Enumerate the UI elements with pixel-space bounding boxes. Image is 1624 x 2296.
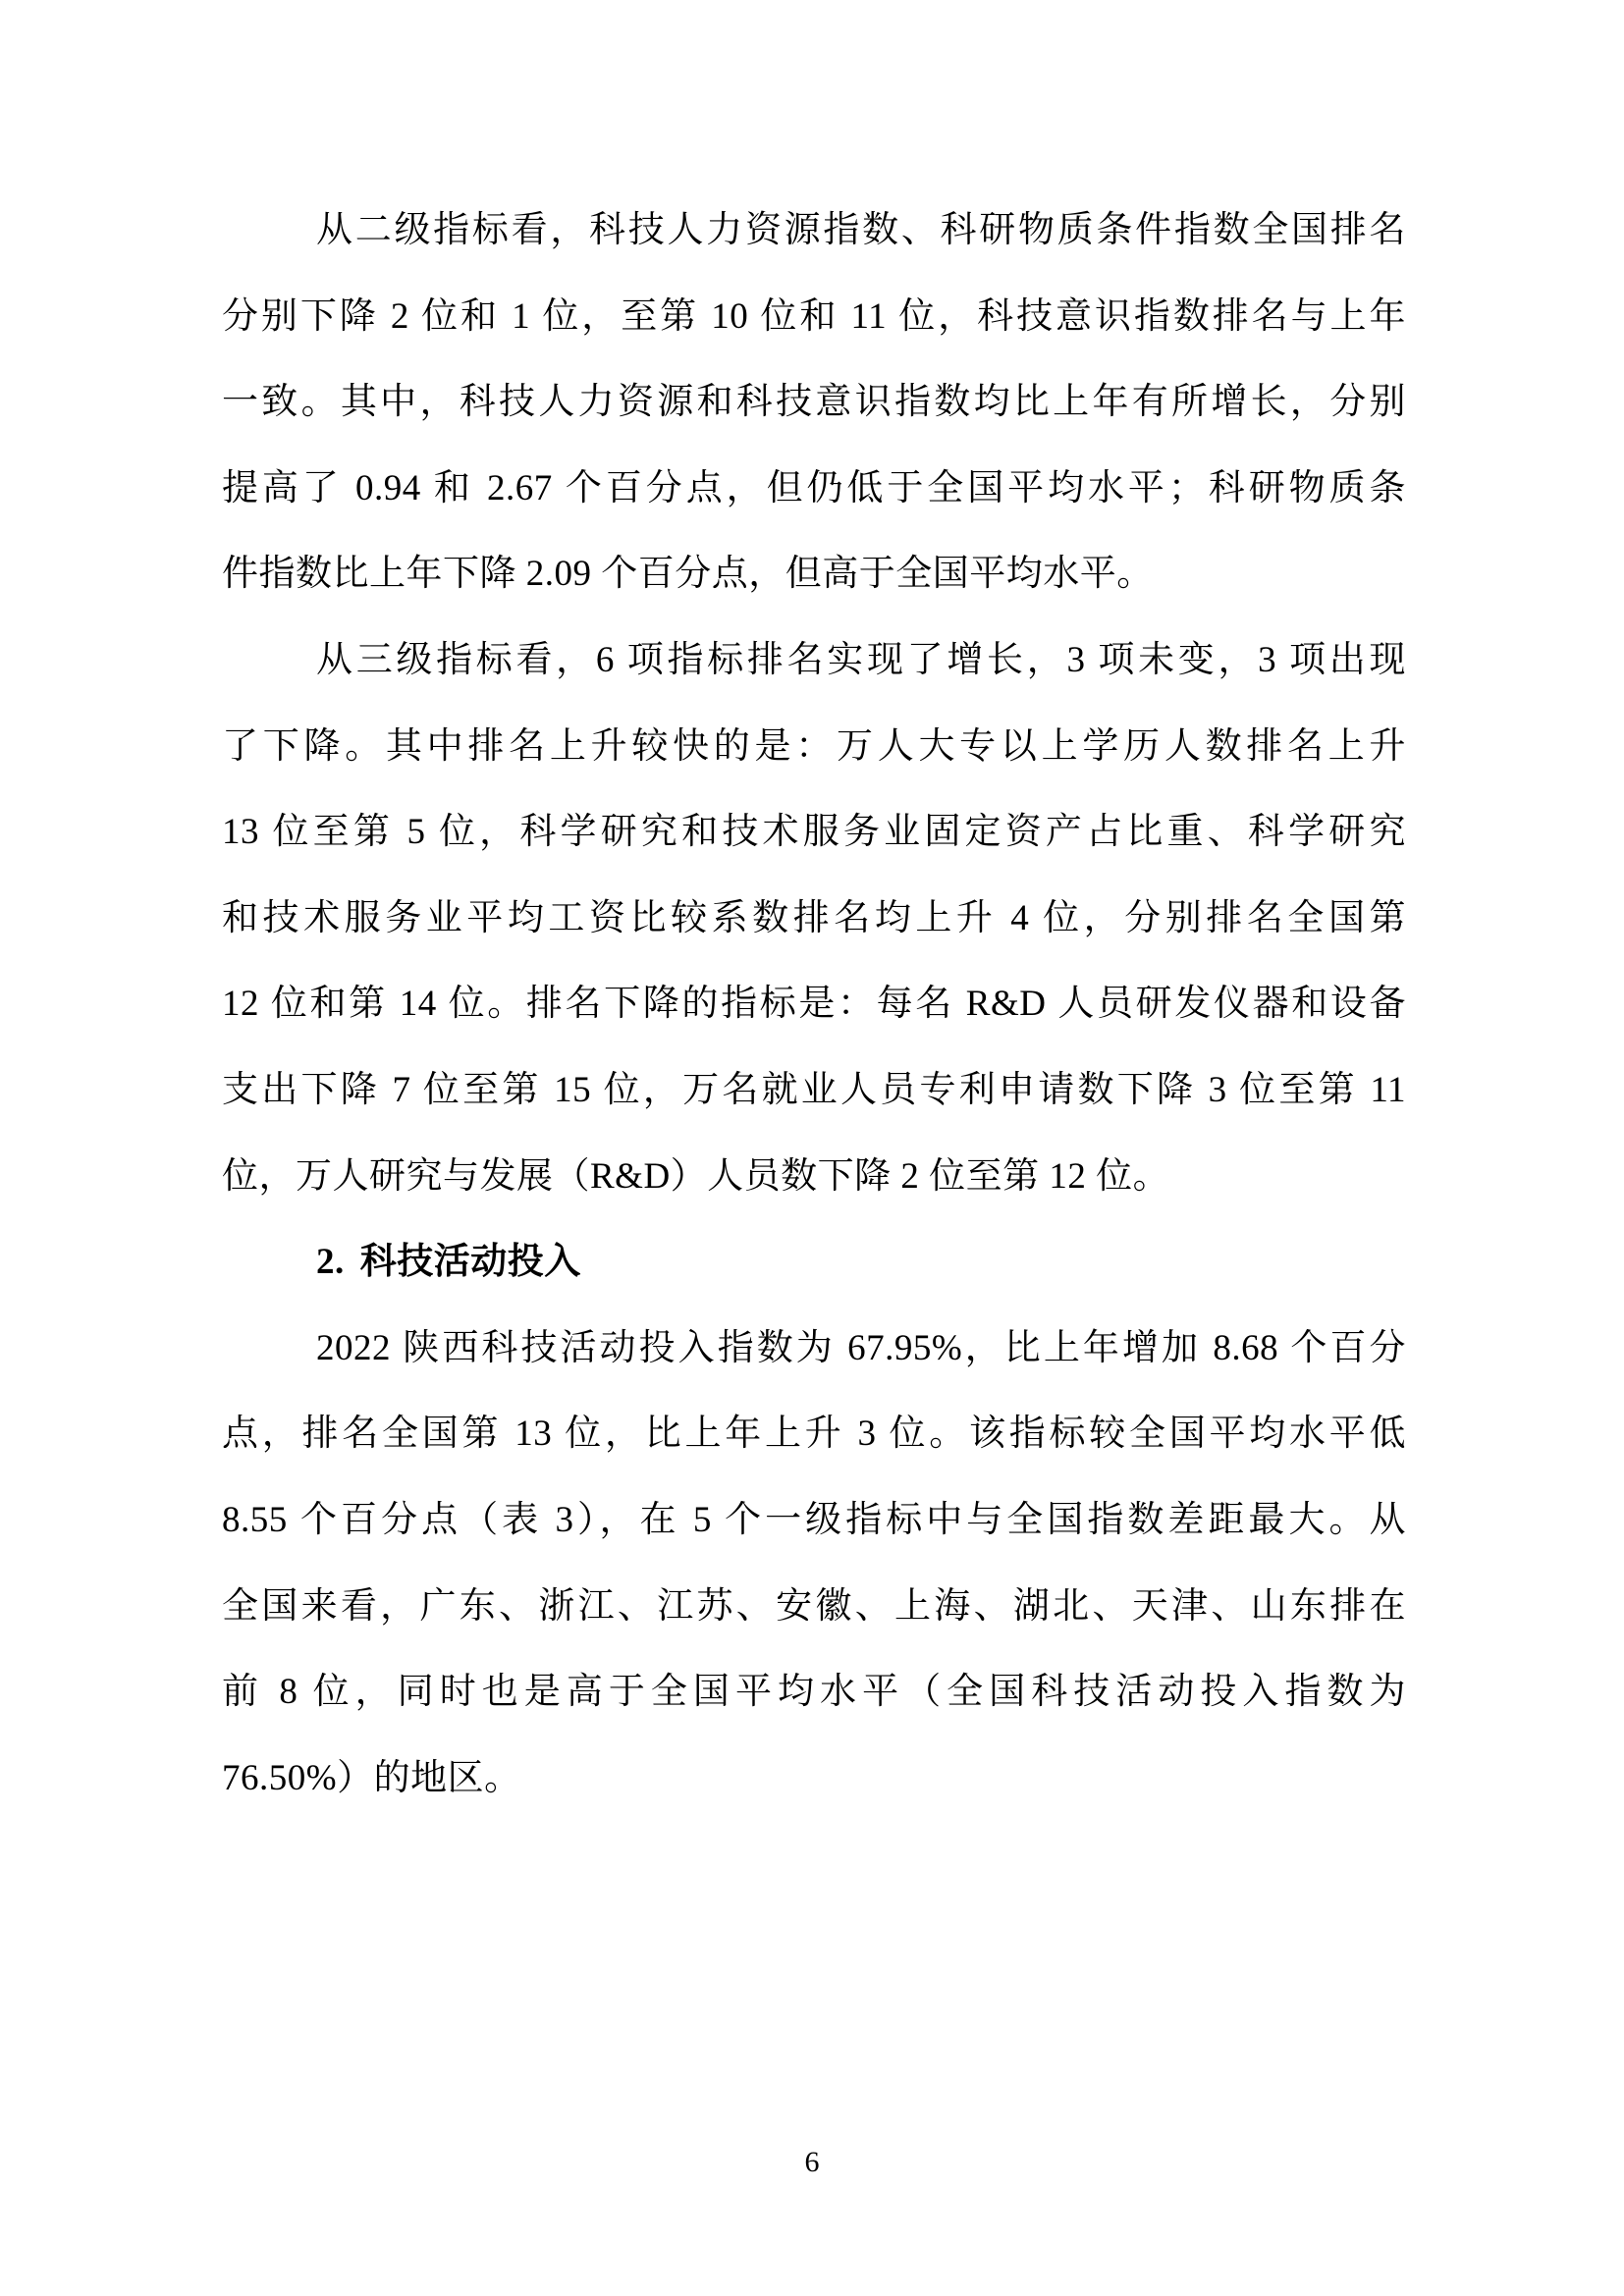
text-line: 和技术服务业平均工资比较系数排名均上升 4 位，分别排名全国第 <box>222 876 1406 962</box>
text-line: 位，万人研究与发展（R&D）人员数下降 2 位至第 12 位。 <box>222 1134 1406 1220</box>
page-number: 6 <box>0 2146 1624 2179</box>
section-heading: 2.科技活动投入 <box>222 1219 1406 1306</box>
text-line: 点，排名全国第 13 位，比上年上升 3 位。该指标较全国平均水平低 <box>222 1391 1406 1477</box>
text-line: 12 位和第 14 位。排名下降的指标是：每名 R&D 人员研发仪器和设备 <box>222 961 1406 1047</box>
section-heading-number: 2. <box>316 1242 345 1282</box>
text-line: 前 8 位，同时也是高于全国平均水平（全国科技活动投入指数为 <box>222 1649 1406 1735</box>
text-line: 13 位至第 5 位，科学研究和技术服务业固定资产占比重、科学研究 <box>222 789 1406 876</box>
text-line: 从三级指标看，6 项指标排名实现了增长，3 项未变，3 项出现 <box>222 617 1406 704</box>
text-line: 2022 陕西科技活动投入指数为 67.95%，比上年增加 8.68 个百分 <box>222 1306 1406 1392</box>
text-line: 了下降。其中排名上升较快的是：万人大专以上学历人数排名上升 <box>222 704 1406 790</box>
text-line: 支出下降 7 位至第 15 位，万名就业人员专利申请数下降 3 位至第 11 <box>222 1047 1406 1134</box>
text-line: 件指数比上年下降 2.09 个百分点，但高于全国平均水平。 <box>222 531 1406 617</box>
text-line: 从二级指标看，科技人力资源指数、科研物质条件指数全国排名 <box>222 187 1406 274</box>
text-line: 全国来看，广东、浙江、江苏、安徽、上海、湖北、天津、山东排在 <box>222 1564 1406 1650</box>
document-page: 从二级指标看，科技人力资源指数、科研物质条件指数全国排名 分别下降 2 位和 1… <box>0 0 1624 2296</box>
text-line: 分别下降 2 位和 1 位，至第 10 位和 11 位，科技意识指数排名与上年 <box>222 274 1406 360</box>
document-body: 从二级指标看，科技人力资源指数、科研物质条件指数全国排名 分别下降 2 位和 1… <box>222 187 1406 1821</box>
text-line: 一致。其中，科技人力资源和科技意识指数均比上年有所增长，分别 <box>222 359 1406 446</box>
text-line: 8.55 个百分点（表 3），在 5 个一级指标中与全国指数差距最大。从 <box>222 1477 1406 1564</box>
section-heading-title: 科技活动投入 <box>360 1242 581 1282</box>
text-line: 提高了 0.94 和 2.67 个百分点，但仍低于全国平均水平；科研物质条 <box>222 446 1406 532</box>
text-line: 76.50%）的地区。 <box>222 1735 1406 1822</box>
